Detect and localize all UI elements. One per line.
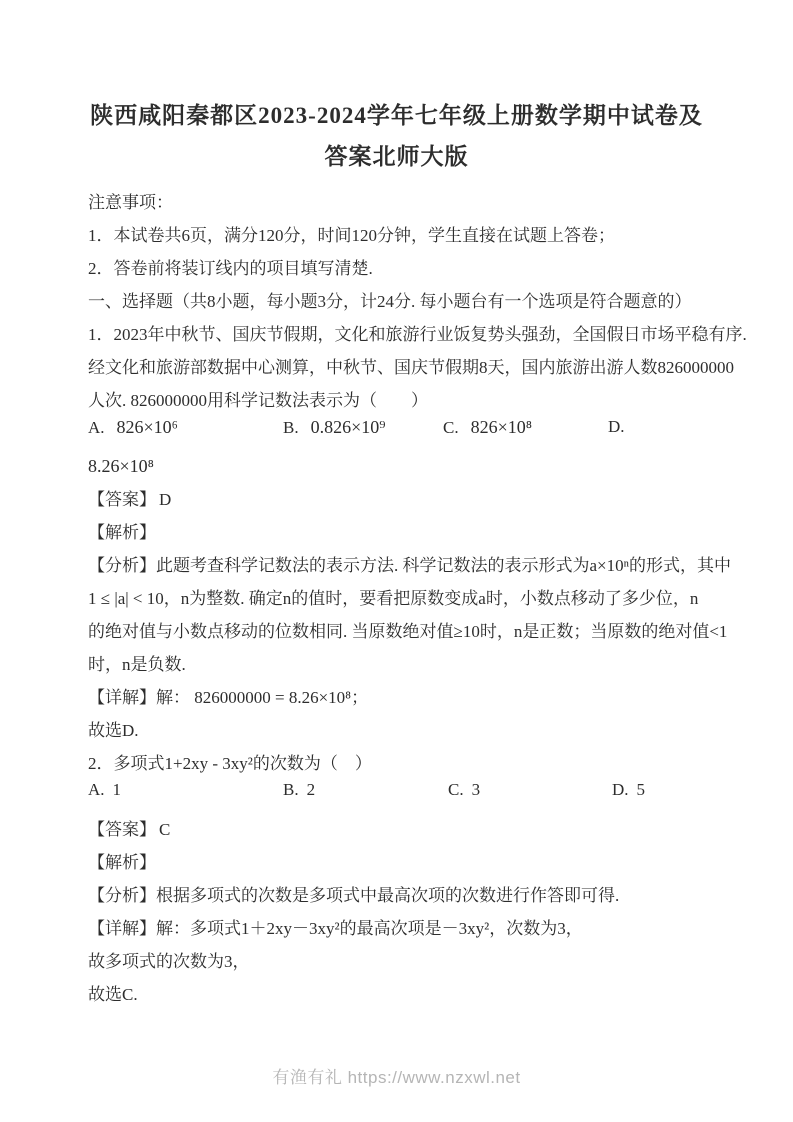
section-heading: 一、选择题（共8小题，每小题3分，计24分. 每小题台有一个选项是符合题意的） <box>88 285 713 318</box>
q1-option-c-label: C. <box>443 418 459 437</box>
q1-option-d: D. <box>608 417 637 437</box>
q1-analysis-line3: 的绝对值与小数点移动的位数相同. 当原数绝对值≥10时，n是正数；当原数的绝对值… <box>88 615 713 648</box>
q1-option-b-label: B. <box>283 418 299 437</box>
q1-option-a-label: A. <box>88 418 105 437</box>
q1-analysis-line1: 【分析】此题考查科学记数法的表示方法. 科学记数法的表示形式为a×10ⁿ的形式，… <box>88 549 713 582</box>
q1-option-c-value: 826×10⁸ <box>471 417 532 437</box>
q2-conclusion-line2: 故选C. <box>88 978 713 1011</box>
notice-heading: 注意事项： <box>88 186 713 219</box>
watermark-footer: 有渔有礼 https://www.nzxwl.net <box>0 1063 793 1088</box>
q2-option-a-label: A. <box>88 780 105 799</box>
q1-option-a: A.826×10⁶ <box>88 417 178 438</box>
q2-conclusion-line1: 故多项式的次数为3， <box>88 945 713 978</box>
q1-stem-line2: 经文化和旅游部数据中心测算，中秋节、国庆节假期8天，国内旅游出游人数826000… <box>88 351 713 384</box>
q1-stem-line3: 人次. 826000000用科学记数法表示为（ ） <box>88 384 713 417</box>
exam-document-page: 陕西咸阳秦都区2023-2024学年七年级上册数学期中试卷及 答案北师大版 注意… <box>0 0 793 1122</box>
q1-option-d-value: 8.26×10⁸ <box>88 450 713 483</box>
q2-options-row: A.1 B.2 C.3 D.5 <box>88 780 713 813</box>
q1-stem-line1: 1．2023年中秋节、国庆节假期，文化和旅游行业饭复势头强劲，全国假日市场平稳有… <box>88 318 713 351</box>
q2-option-c-label: C. <box>448 780 464 799</box>
q1-option-d-label: D. <box>608 417 625 436</box>
q2-option-a: A.1 <box>88 780 121 800</box>
q1-answer-value: D <box>159 490 171 509</box>
q2-option-b-label: B. <box>283 780 299 799</box>
page-title-line2: 答案北师大版 <box>0 136 793 177</box>
q2-analysis-tag: 【解析】 <box>88 846 713 879</box>
document-body: 注意事项： 1．本试卷共6页，满分120分，时间120分钟，学生直接在试题上答卷… <box>88 186 713 1011</box>
q1-answer-line: 【答案】D <box>88 483 713 516</box>
q2-answer-tag: 【答案】 <box>88 820 156 839</box>
page-title: 陕西咸阳秦都区2023-2024学年七年级上册数学期中试卷及 答案北师大版 <box>0 95 793 177</box>
q1-option-a-value: 826×10⁶ <box>117 417 178 437</box>
q1-answer-tag: 【答案】 <box>88 490 156 509</box>
q2-option-b-value: 2 <box>307 780 316 799</box>
q2-option-c-value: 3 <box>472 780 481 799</box>
notice-item-2: 2．答卷前将装订线内的项目填写清楚. <box>88 252 713 285</box>
q1-conclusion: 故选D. <box>88 714 713 747</box>
q1-analysis-line4: 时，n是负数. <box>88 648 713 681</box>
q1-option-b: B.0.826×10⁹ <box>283 417 386 438</box>
q2-answer-value: C <box>159 820 170 839</box>
q2-option-b: B.2 <box>283 780 315 800</box>
q2-answer-line: 【答案】C <box>88 813 713 846</box>
q1-option-b-value: 0.826×10⁹ <box>311 417 386 437</box>
q2-stem: 2．多项式1+2xy - 3xy²的次数为（ ） <box>88 747 713 780</box>
q1-analysis-tag: 【解析】 <box>88 516 713 549</box>
notice-item-1: 1．本试卷共6页，满分120分，时间120分钟，学生直接在试题上答卷； <box>88 219 713 252</box>
q2-option-d-label: D. <box>612 780 629 799</box>
q1-detail-line: 【详解】解： 826000000 = 8.26×10⁸； <box>88 681 713 714</box>
q2-detail-line: 【详解】解：多项式1＋2xy－3xy²的最高次项是－3xy²，次数为3， <box>88 912 713 945</box>
page-title-line1: 陕西咸阳秦都区2023-2024学年七年级上册数学期中试卷及 <box>0 95 793 136</box>
q1-options-row: A.826×10⁶ B.0.826×10⁹ C.826×10⁸ D. <box>88 417 713 450</box>
q1-analysis-line2: 1 ≤ |a| < 10，n为整数. 确定n的值时，要看把原数变成a时，小数点移… <box>88 582 713 615</box>
q2-option-c: C.3 <box>448 780 480 800</box>
q1-option-c: C.826×10⁸ <box>443 417 532 438</box>
q2-analysis-line1: 【分析】根据多项式的次数是多项式中最高次项的次数进行作答即可得. <box>88 879 713 912</box>
q2-option-a-value: 1 <box>113 780 122 799</box>
q2-option-d: D.5 <box>612 780 645 800</box>
q2-option-d-value: 5 <box>637 780 646 799</box>
